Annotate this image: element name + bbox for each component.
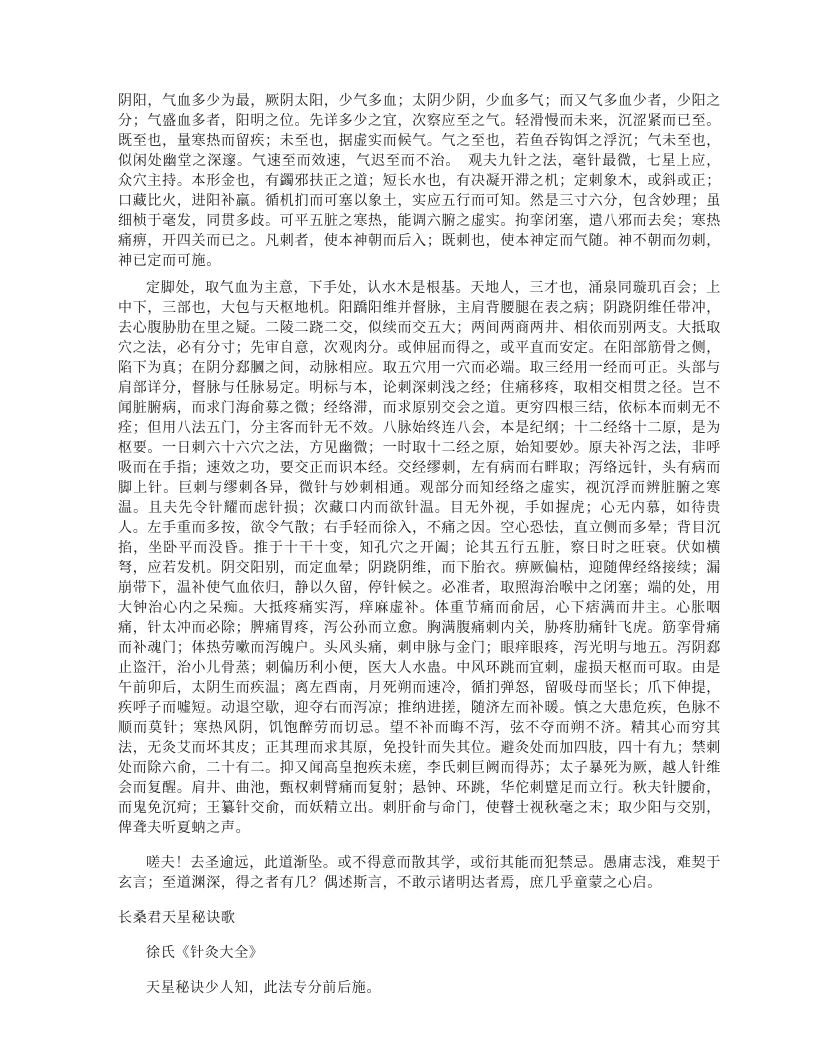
- body-paragraph-closing: 嗟夫！去圣逾远，此道渐坠。或不得意而散其学，或衍其能而犯禁忌。愚庸志浅，难契于玄…: [118, 854, 721, 894]
- document-page: 阴阳，气血多少为最，厥阴太阳，少气多血；太阴少阴，少血多气；而又气多血少者，少阳…: [118, 92, 721, 1014]
- body-paragraph-continuation: 阴阳，气血多少为最，厥阴太阳，少气多血；太阴少阴，少血多气；而又气多血少者，少阳…: [118, 92, 721, 272]
- source-attribution: 徐氏《针灸大全》: [118, 944, 721, 964]
- section-heading: 长桑君天星秘诀歌: [118, 909, 721, 929]
- body-paragraph-main: 定脚处，取气血为主意，下手处，认水木是根基。天地人，三才也，涌泉同璇玑百会；上中…: [118, 279, 721, 839]
- verse-first-line: 天星秘诀少人知，此法专分前后施。: [118, 979, 721, 999]
